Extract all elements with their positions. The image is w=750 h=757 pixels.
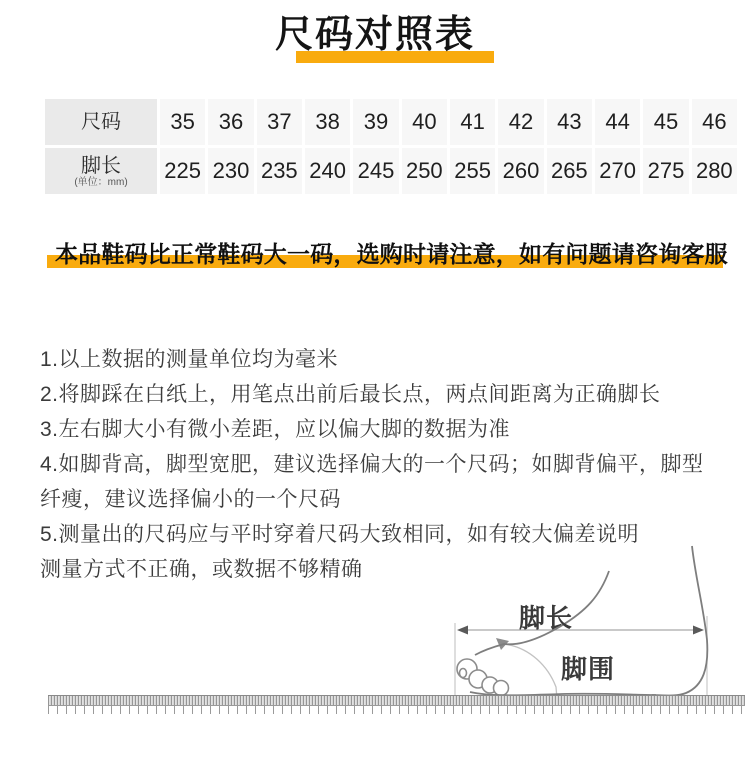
foot-length-cell: 245 [353, 148, 398, 194]
size-cell: 46 [692, 99, 737, 145]
foot-girth-arc [505, 644, 557, 699]
note-item-3: 3.左右脚大小有微小差距，应以偏大脚的数据为准 [40, 412, 732, 447]
size-cell: 37 [257, 99, 302, 145]
size-cell: 42 [498, 99, 543, 145]
size-cell: 36 [208, 99, 253, 145]
foot-length-cell: 240 [305, 148, 350, 194]
size-cell: 38 [305, 99, 350, 145]
size-table: 尺码353637383940414243444546脚长(单位：mm)22523… [45, 99, 737, 194]
foot-length-cell: 275 [643, 148, 688, 194]
arrow-right-icon [693, 626, 704, 635]
sizing-notice: 本品鞋码比正常鞋码大一码，选购时请注意，如有问题请咨询客服 [55, 236, 745, 269]
foot-length-cell: 265 [547, 148, 592, 194]
unit-label: (单位：mm) [74, 177, 127, 188]
foot-length-cell: 260 [498, 148, 543, 194]
toes-outline [457, 659, 509, 696]
foot-length-cell: 230 [208, 148, 253, 194]
size-cell: 45 [643, 99, 688, 145]
ruler-ticks [48, 706, 745, 714]
heel-outline [652, 546, 707, 696]
foot-girth-label: 脚围 [561, 649, 615, 686]
size-cell: 43 [547, 99, 592, 145]
size-cell: 41 [450, 99, 495, 145]
page-title: 尺码对照表 [0, 12, 750, 58]
size-cell: 35 [160, 99, 205, 145]
ruler-band [48, 695, 745, 706]
foot-length-label: 脚长 [519, 598, 573, 635]
foot-length-cell: 270 [595, 148, 640, 194]
note-item-1: 1.以上数据的测量单位均为毫米 [40, 342, 732, 377]
foot-length-cell: 225 [160, 148, 205, 194]
foot-length-cell: 255 [450, 148, 495, 194]
foot-length-cell: 250 [402, 148, 447, 194]
note-item-2: 2.将脚踩在白纸上，用笔点出前后最长点，两点间距离为正确脚长 [40, 377, 732, 412]
note-item-4: 4.如脚背高，脚型宽肥，建议选择偏大的一个尺码；如脚背偏平，脚型 纤瘦，建议选择… [40, 447, 732, 517]
row-header-foot-length: 脚长(单位：mm) [45, 148, 157, 194]
size-chart-page: 尺码对照表 尺码353637383940414243444546脚长(单位：mm… [0, 0, 750, 757]
foot-length-cell: 235 [257, 148, 302, 194]
foot-length-cell: 280 [692, 148, 737, 194]
row-header-size: 尺码 [45, 99, 157, 145]
size-cell: 40 [402, 99, 447, 145]
size-cell: 39 [353, 99, 398, 145]
arrow-left-icon [457, 626, 468, 635]
size-cell: 44 [595, 99, 640, 145]
